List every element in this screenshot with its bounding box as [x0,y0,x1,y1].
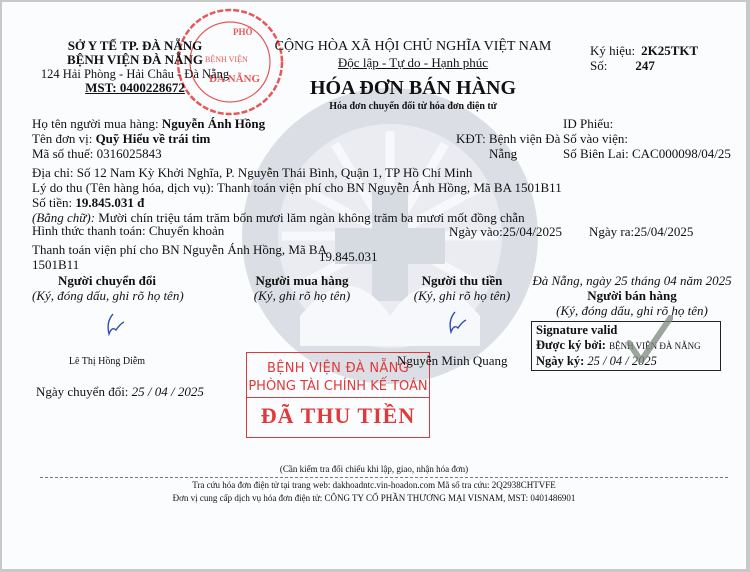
date-in-row: Ngày vào:25/04/2025 [449,224,562,239]
buyer-name-label: Họ tên người mua hàng: [32,116,159,131]
footer-provider: Đơn vị cung cấp dịch vụ hóa đơn điện tử:… [2,493,746,504]
signed-by-label: Được ký bởi: [536,338,606,352]
ticket-block: ID Phiếu: Số vào viện: Số Biên Lai: CAC0… [563,116,731,161]
collector-name: Nguyễn Minh Quang [397,353,508,368]
date-in-value: 25/04/2025 [503,224,562,239]
document-header: CỘNG HÒA XÃ HỘI CHỦ NGHĨA VIỆT NAM Độc l… [274,39,552,113]
payment-method-value: Chuyển khoản [149,223,224,238]
buyer-unit-value: Quỹ Hiểu về trái tim [96,131,211,146]
invoice-page: PHỐ ĐÀ NẴNG BỆNH VIỆN SỞ Y TẾ TP. ĐÀ NẴN… [2,2,746,569]
collector-signature-icon [446,310,470,336]
buyer-sign-subtitle: (Ký, ghi rõ họ tên) [242,288,362,303]
payment-reason-value: Thanh toán viện phí cho BN Nguyễn Ánh Hồ… [217,180,562,195]
issuer-department: SỞ Y TẾ TP. ĐÀ NẴNG [26,39,244,53]
line-item-desc-line2: 1501B11 [32,257,327,272]
document-title: HÓA ĐƠN BÁN HÀNG [274,75,552,101]
country-name: CỘNG HÒA XÃ HỘI CHỦ NGHĨA VIỆT NAM [274,39,552,55]
receipt-number-label: Số Biên Lai: [563,146,629,161]
footer-divider [40,477,728,478]
svg-text:PHỐ: PHỐ [233,27,253,37]
converter-title: Người chuyển đổi [32,273,182,288]
amount-value: 19.845.031 đ [75,195,144,210]
converter-name: Lê Thị Hồng Diễm [32,356,182,367]
national-motto: Độc lập - Tự do - Hạnh phúc [274,55,552,71]
converter-signature-icon [104,312,128,338]
date-out-row: Ngày ra:25/04/2025 [589,224,693,239]
issuer-address: 124 Hải Phòng - Hải Châu - Đà Nẵng [26,67,244,81]
receipt-number-value: CAC000098/04/25 [632,146,731,161]
symbol-label: Ký hiệu: [590,43,635,58]
line-item-description: Thanh toán viện phí cho BN Nguyễn Ánh Hồ… [32,242,327,272]
invoice-number: 247 [635,58,655,73]
buyer-name-value: Nguyễn Ánh Hồng [162,116,265,131]
symbol-value: 2K25TKT [641,43,698,58]
paid-stamp-divider [247,397,429,398]
buyer-tax-value: 0316025843 [97,146,162,161]
buyer-tax-row: Mã số thuế: 0316025843 [32,146,162,161]
conversion-date-value: 25 / 04 / 2025 [132,384,204,399]
date-out-label: Ngày ra: [589,224,634,239]
payment-method-row: Hình thức thanh toán: Chuyển khoản [32,223,224,238]
issuer-block: SỞ Y TẾ TP. ĐÀ NẴNG BỆNH VIỆN ĐÀ NẴNG 12… [26,39,244,95]
buyer-unit-row: Tên đơn vị: Quỹ Hiểu về trái tim [32,131,210,146]
digital-signature-box: Signature valid Được ký bởi: BỆNH VIỆN Đ… [531,321,721,371]
paid-stamp-department: PHÒNG TÀI CHÍNH KẾ TOÁN [247,379,429,394]
line-item-amount: 19.845.031 [319,249,378,264]
buyer-name-row: Họ tên người mua hàng: Nguyễn Ánh Hồng [32,116,265,131]
issuer-tax-code: MST: 0400228672 [26,81,244,95]
kdt-block: KĐT: Bệnh viện Đà Nẵng [456,131,560,161]
buyer-signature-block: Người mua hàng (Ký, ghi rõ họ tên) [242,273,362,303]
paid-stamp-status: ĐÃ THU TIỀN [247,403,429,429]
signature-valid-checkmark-icon [627,315,673,363]
footer-lookup: Tra cứu hóa đơn điện tử tại trang web: d… [2,480,746,491]
buyer-tax-label: Mã số thuế: [32,146,93,161]
date-out-value: 25/04/2025 [634,224,693,239]
buyer-sign-title: Người mua hàng [242,273,362,288]
admission-number-label: Số vào viện: [563,131,731,146]
ticket-id-label: ID Phiếu: [563,116,731,131]
payment-reason-label: Lý do thu (Tên hàng hóa, dịch vụ): [32,180,214,195]
sign-date-label: Ngày ký: [536,354,584,368]
document-subtitle: Hóa đơn chuyển đổi từ hóa đơn điện tử [274,101,552,113]
buyer-unit-label: Tên đơn vị: [32,131,92,146]
amount-row: Số tiền: 19.845.031 đ [32,195,144,210]
seller-signature-block: Đà Nẵng, ngày 25 tháng 04 năm 2025 Người… [532,273,732,318]
issuer-name: BỆNH VIỆN ĐÀ NẴNG [26,53,244,67]
payment-reason-row: Lý do thu (Tên hàng hóa, dịch vụ): Thanh… [32,180,562,195]
collector-signature-block: Người thu tiền (Ký, ghi rõ họ tên) [402,273,522,303]
kdt-line2: Nẵng [456,146,560,161]
buyer-address-value: Số 12 Nam Kỳ Khởi Nghĩa, P. Nguyễn Thái … [77,165,473,180]
payment-method-label: Hình thức thanh toán: [32,223,146,238]
kdt-line1: KĐT: Bệnh viện Đà [456,131,560,146]
seller-title: Người bán hàng [532,288,732,303]
buyer-address-label: Địa chỉ: [32,165,74,180]
converter-signature-block: Người chuyển đổi (Ký, đóng dấu, ghi rõ h… [32,273,182,303]
converter-subtitle: (Ký, đóng dấu, ghi rõ họ tên) [32,288,182,303]
footer-note: (Cần kiểm tra đối chiếu khi lập, giao, n… [2,464,746,475]
amount-label: Số tiền: [32,195,72,210]
seller-place-date: Đà Nẵng, ngày 25 tháng 04 năm 2025 [532,273,732,288]
date-in-label: Ngày vào: [449,224,503,239]
collector-subtitle: (Ký, ghi rõ họ tên) [402,288,522,303]
number-label: Số: [590,58,607,73]
invoice-serial: Ký hiệu:2K25TKT Số:247 [590,43,698,73]
conversion-date-label: Ngày chuyển đổi: [36,384,128,399]
buyer-address-row: Địa chỉ: Số 12 Nam Kỳ Khởi Nghĩa, P. Ngu… [32,165,472,180]
collector-title: Người thu tiền [402,273,522,288]
line-item-desc-line1: Thanh toán viện phí cho BN Nguyễn Ánh Hồ… [32,242,327,257]
conversion-date-row: Ngày chuyển đổi: 25 / 04 / 2025 [36,384,204,399]
